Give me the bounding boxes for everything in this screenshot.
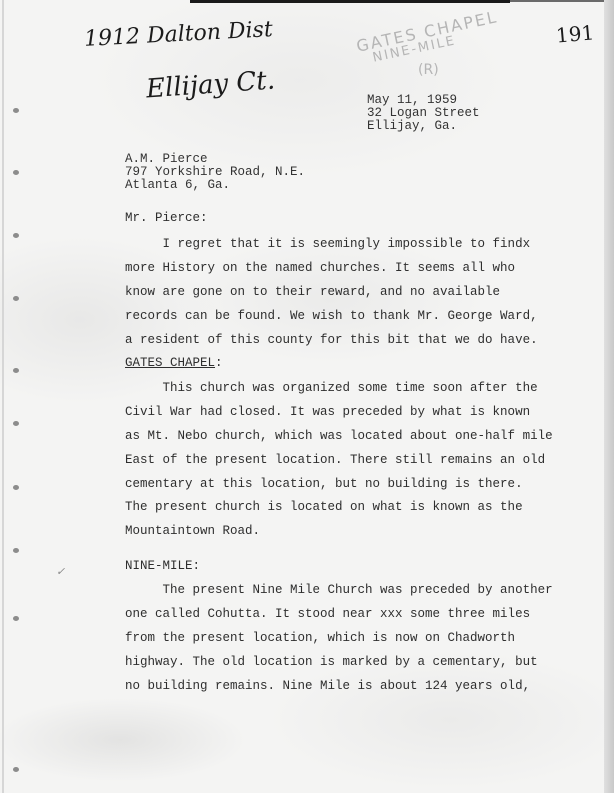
punch-hole (13, 296, 19, 301)
punch-hole (13, 548, 19, 553)
punch-hole (13, 233, 19, 238)
punch-hole (13, 170, 19, 175)
page-number: 191 (555, 20, 595, 47)
punch-hole (13, 421, 19, 426)
pencil-mark-r: (R) (418, 62, 439, 78)
punch-hole (13, 616, 19, 621)
punch-hole (13, 767, 19, 772)
body-line: one called Cohutta. It stood near xxx so… (125, 607, 530, 621)
body-line: more History on the named churches. It s… (125, 261, 515, 275)
salutation: Mr. Pierce: (125, 211, 208, 225)
body-line: I regret that it is seemingly impossible… (125, 237, 530, 251)
recipient-city: Atlanta 6, Ga. (125, 179, 230, 192)
punch-hole (13, 108, 19, 113)
punch-hole (13, 368, 19, 373)
body-line: The present Nine Mile Church was precede… (125, 583, 553, 597)
scan-border-top (190, 0, 510, 3)
scan-border-top-right (510, 0, 605, 2)
handwritten-circuit: Ellijay Ct. (145, 66, 276, 105)
body-line: a resident of this county for this bit t… (125, 333, 538, 347)
body-line: Mountaintown Road. (125, 524, 260, 538)
body-line: no building remains. Nine Mile is about … (125, 679, 530, 693)
punch-hole (13, 485, 19, 490)
letter-page: 1912 Dalton Dist Ellijay Ct. GATES CHAPE… (0, 0, 614, 793)
body-line: The present church is located on what is… (125, 500, 523, 514)
body-line: cementary at this location, but no build… (125, 477, 523, 491)
body-line: as Mt. Nebo church, which was located ab… (125, 429, 553, 443)
section-heading-text: GATES CHAPEL (125, 356, 215, 370)
scan-border-left (2, 0, 4, 793)
body-line: This church was organized some time soon… (125, 381, 538, 395)
sender-city: Ellijay, Ga. (367, 120, 457, 133)
body-line: East of the present location. There stil… (125, 453, 545, 467)
check-mark-icon: ✓ (56, 565, 65, 578)
body-line: know are gone on to their reward, and no… (125, 285, 500, 299)
body-line: from the present location, which is now … (125, 631, 515, 645)
handwritten-district: 1912 Dalton Dist (83, 17, 273, 52)
body-line: highway. The old location is marked by a… (125, 655, 538, 669)
section-heading-gates-chapel: GATES CHAPEL: (125, 356, 223, 370)
body-line: Civil War had closed. It was preceded by… (125, 405, 530, 419)
scan-border-right (604, 0, 614, 793)
section-heading-colon: : (215, 356, 223, 370)
section-heading-nine-mile: NINE-MILE: (125, 559, 200, 573)
body-line: records can be found. We wish to thank M… (125, 309, 538, 323)
